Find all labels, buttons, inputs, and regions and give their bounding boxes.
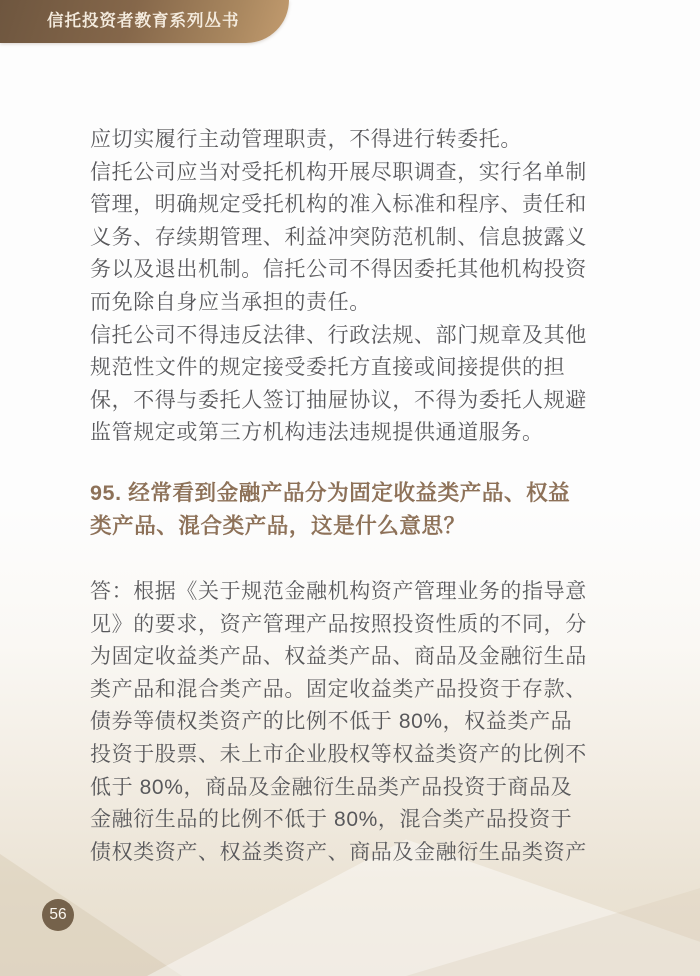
series-title-label: 信托投资者教育系列丛书 [0, 0, 289, 42]
body-paragraph-1: 应切实履行主动管理职责，不得进行转委托。 信托公司应当对受托机构开展尽职调查，实… [90, 124, 615, 320]
page-number-badge: 56 [42, 899, 74, 931]
page-number: 56 [49, 906, 66, 924]
answer-paragraph: 答：根据《关于规范金融机构资产管理业务的指导意 见》的要求，资产管理产品按照投资… [90, 576, 615, 869]
question-heading: 95. 经常看到金融产品分为固定收益类产品、权益 类产品、混合类产品，这是什么意… [90, 477, 615, 543]
series-title-ribbon: 信托投资者教育系列丛书 [0, 0, 289, 43]
book-page: { "series_badge": { "label": "信托投资者教育系列丛… [0, 0, 700, 976]
body-paragraph-2: 信托公司不得违反法律、行政法规、部门规章及其他 规范性文件的规定接受委托方直接或… [90, 320, 615, 450]
page-content: 应切实履行主动管理职责，不得进行转委托。 信托公司应当对受托机构开展尽职调查，实… [90, 124, 615, 869]
